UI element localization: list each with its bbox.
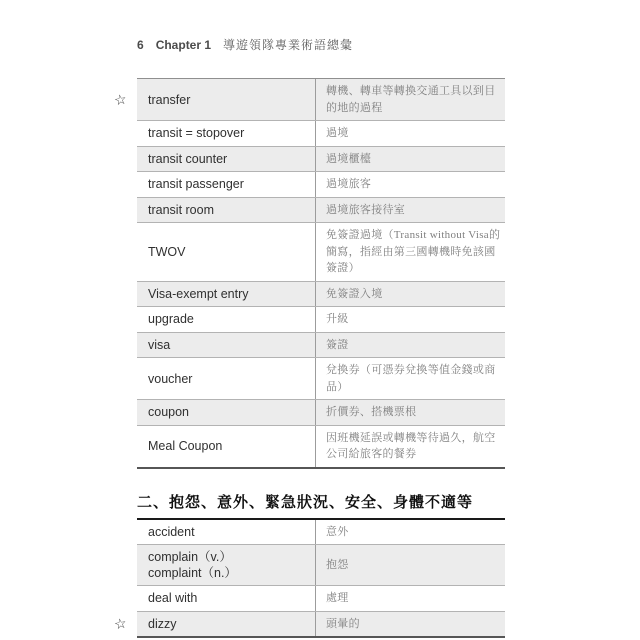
term-cell: coupon [137, 400, 315, 424]
definition-text: 抱怨 [326, 557, 349, 574]
definition-text: 過境旅客 [326, 176, 371, 193]
term-cell: transit = stopover [137, 121, 315, 145]
term-cell: deal with [137, 586, 315, 610]
definition-text: 過境 [326, 125, 349, 142]
definition-text: 升級 [326, 311, 349, 328]
term-cell: transfer [137, 88, 315, 112]
term-cell: transit counter [137, 147, 315, 171]
definition-text: 免簽證入境 [326, 286, 383, 303]
definition-cell: 簽證 [315, 333, 505, 358]
section-heading: 二、抱怨、意外、緊急狀況、安全、身體不適等 [137, 491, 505, 520]
definition-cell: 兌換券（可憑券兌換等值金錢或商品） [315, 358, 505, 399]
definition-cell: 過境旅客接待室 [315, 198, 505, 223]
table-row: visa 簽證 [137, 333, 505, 359]
definition-text: 頭暈的 [326, 616, 360, 633]
table-row: TWOV 免簽證過境（Transit without Visa的簡寫，指經由第三… [137, 223, 505, 282]
star-icon: ☆ [113, 615, 128, 631]
definition-cell: 過境旅客 [315, 172, 505, 197]
definition-cell: 因班機延誤或轉機等待過久，航空公司給旅客的餐券 [315, 426, 505, 467]
definition-text: 折價券、搭機票根 [326, 404, 416, 421]
table-row: complain（v.）complaint（n.） 抱怨 [137, 545, 505, 586]
definition-cell: 頭暈的 [315, 612, 505, 637]
star-icon: ☆ [113, 91, 128, 107]
term-cell: transit room [137, 198, 315, 222]
term-cell: Visa-exempt entry [137, 282, 315, 306]
definition-cell: 過境櫃檯 [315, 147, 505, 172]
term-cell: Meal Coupon [137, 434, 315, 458]
table-row: coupon 折價券、搭機票根 [137, 400, 505, 426]
vocab-table-transport-terms: transfer 轉機、轉車等轉換交通工具以到目的地的過程 ☆ transit … [137, 78, 505, 469]
term-text: complaint（n.） [148, 565, 309, 581]
page-number: 6 [137, 38, 144, 52]
term-cell: TWOV [137, 240, 315, 264]
definition-text: 過境旅客接待室 [326, 202, 405, 219]
table-row: transit counter 過境櫃檯 [137, 147, 505, 173]
term-cell: dizzy [137, 612, 315, 636]
term-text: complain（v.） [148, 549, 309, 565]
vocab-tables: transfer 轉機、轉車等轉換交通工具以到目的地的過程 ☆ transit … [137, 78, 505, 638]
term-cell: transit passenger [137, 172, 315, 196]
vocab-table-complaints-emergency-terms: accident 意外 complain（v.）complaint（n.） 抱怨… [137, 520, 505, 639]
chapter-label: Chapter 1 [156, 38, 211, 52]
table-row: transit room 過境旅客接待室 [137, 198, 505, 224]
definition-cell: 抱怨 [315, 545, 505, 585]
definition-cell: 處理 [315, 586, 505, 611]
definition-text: 轉機、轉車等轉換交通工具以到目的地的過程 [326, 83, 502, 116]
table-row: Visa-exempt entry 免簽證入境 [137, 282, 505, 308]
table-row: dizzy 頭暈的 ☆ [137, 612, 505, 637]
definition-text: 過境櫃檯 [326, 151, 371, 168]
definition-cell: 過境 [315, 121, 505, 146]
table-row: upgrade 升級 [137, 307, 505, 333]
table-row: accident 意外 [137, 520, 505, 546]
definition-text: 免簽證過境（Transit without Visa的簡寫，指經由第三國轉機時免… [326, 227, 502, 277]
definition-text: 處理 [326, 590, 349, 607]
term-cell: voucher [137, 367, 315, 391]
table-row: transit = stopover 過境 [137, 121, 505, 147]
definition-text: 意外 [326, 524, 349, 541]
definition-cell: 升級 [315, 307, 505, 332]
term-cell: complain（v.）complaint（n.） [137, 545, 315, 585]
table-row: Meal Coupon 因班機延誤或轉機等待過久，航空公司給旅客的餐券 [137, 426, 505, 467]
definition-text: 兌換券（可憑券兌換等值金錢或商品） [326, 362, 502, 395]
table-row: transit passenger 過境旅客 [137, 172, 505, 198]
definition-cell: 免簽證過境（Transit without Visa的簡寫，指經由第三國轉機時免… [315, 223, 505, 281]
table-row: transfer 轉機、轉車等轉換交通工具以到目的地的過程 ☆ [137, 79, 505, 121]
term-cell: visa [137, 333, 315, 357]
table-row: deal with 處理 [137, 586, 505, 612]
definition-cell: 折價券、搭機票根 [315, 400, 505, 425]
definition-cell: 轉機、轉車等轉換交通工具以到目的地的過程 [315, 79, 505, 120]
definition-cell: 意外 [315, 520, 505, 545]
term-cell: accident [137, 520, 315, 544]
book-page: 6Chapter 1導遊領隊專業術語總彙 transfer 轉機、轉車等轉換交通… [137, 38, 505, 638]
table-row: voucher 兌換券（可憑券兌換等值金錢或商品） [137, 358, 505, 400]
term-cell: upgrade [137, 307, 315, 331]
definition-text: 簽證 [326, 337, 349, 354]
page-header: 6Chapter 1導遊領隊專業術語總彙 [137, 38, 505, 52]
definition-text: 因班機延誤或轉機等待過久，航空公司給旅客的餐券 [326, 430, 502, 463]
chapter-title: 導遊領隊專業術語總彙 [223, 38, 353, 52]
definition-cell: 免簽證入境 [315, 282, 505, 307]
